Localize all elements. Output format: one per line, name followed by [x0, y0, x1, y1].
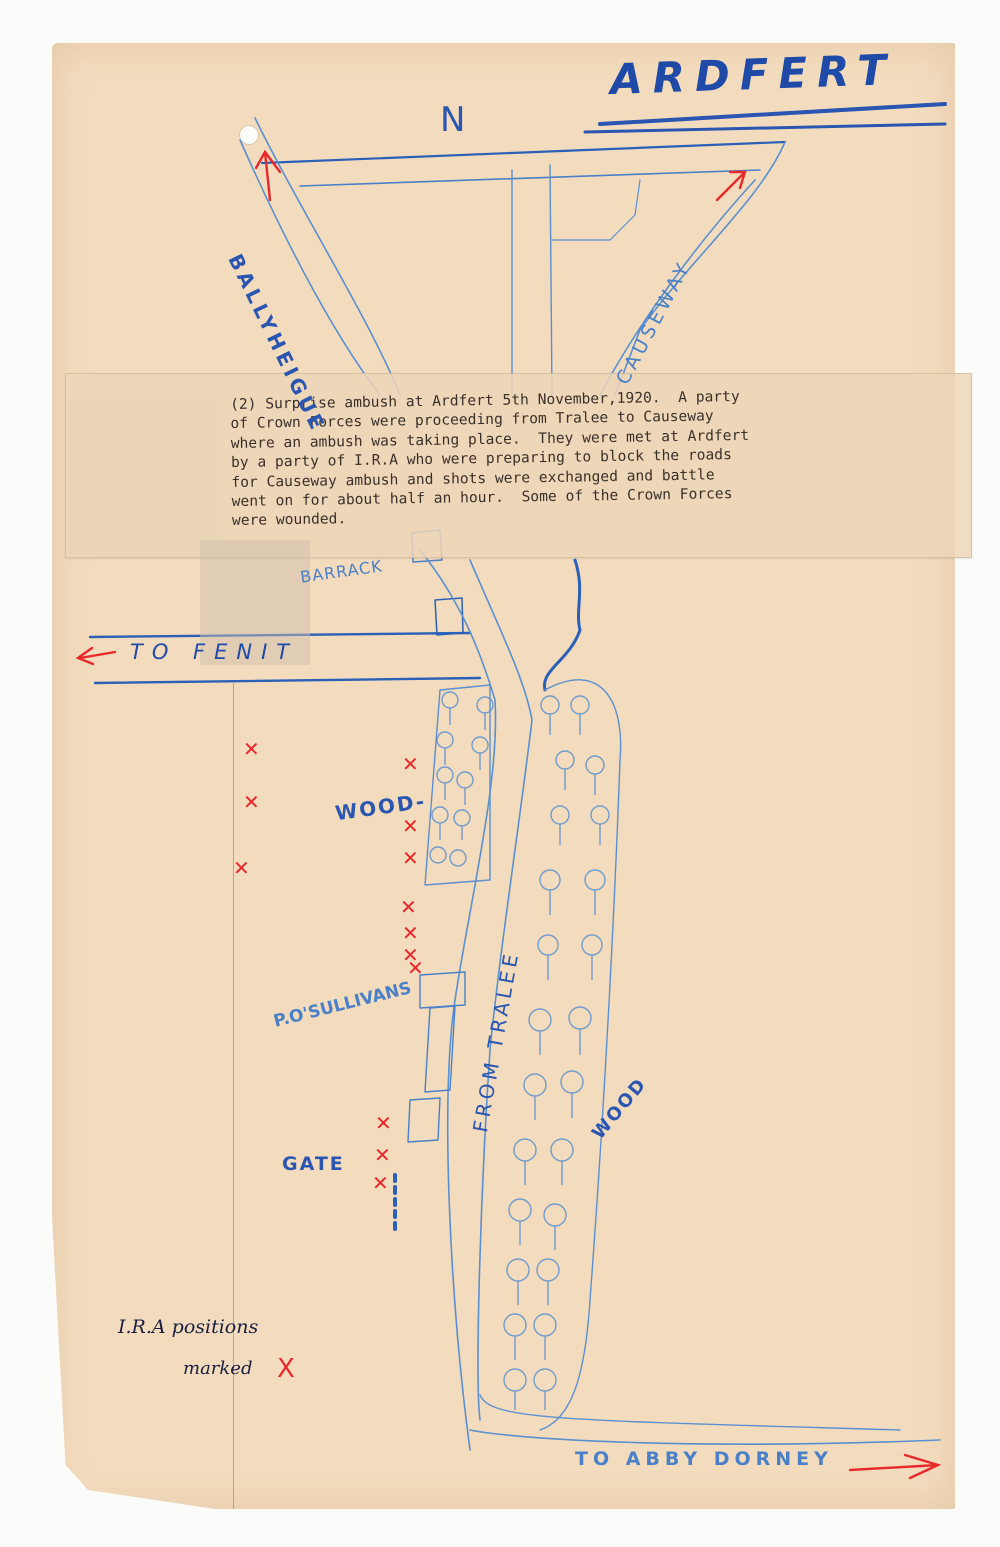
title-underline: [600, 104, 945, 124]
arrow-left-icon: [78, 648, 115, 664]
ira-position-marker: ✕: [402, 923, 419, 943]
ira-position-marker: ✕: [402, 816, 419, 836]
lane: [544, 560, 580, 690]
legend-line-2: marked: [183, 1358, 253, 1379]
hand-drawn-map: [0, 0, 1000, 1547]
label-gate: GATE: [282, 1153, 345, 1175]
label-to-fenit: TO FENIT: [130, 640, 298, 664]
ira-position-marker: ✕: [372, 1173, 389, 1193]
red-arrows: [78, 152, 938, 1478]
legend-line-1: I.R.A positions: [118, 1316, 258, 1338]
ballyheigue-road: [240, 140, 380, 395]
ira-position-marker: ✕: [402, 848, 419, 868]
label-to-abbeydorney: TO ABBY DORNEY: [575, 1448, 833, 1470]
top-road: [262, 142, 785, 163]
ira-position-marker: ✕: [407, 958, 424, 978]
ira-position-marker: ✕: [400, 897, 417, 917]
ira-position-marker: ✕: [375, 1113, 392, 1133]
arrow-right-icon: [850, 1455, 938, 1478]
ira-position-marker: ✕: [402, 754, 419, 774]
tree-icons: [430, 692, 609, 1410]
abbeydorney-road: [470, 1430, 940, 1444]
map-title: ARDFERT: [609, 45, 897, 104]
ira-position-marker: ✕: [233, 858, 250, 878]
ira-position-marker: ✕: [243, 792, 260, 812]
ira-position-marker: ✕: [374, 1145, 391, 1165]
legend-symbol: X: [277, 1354, 295, 1384]
legend-x-symbol: X: [277, 1356, 295, 1382]
tree-icon: [442, 692, 458, 725]
ira-position-marker: ✕: [243, 739, 260, 759]
north-marker: N: [440, 100, 469, 140]
osullivans-buildings: [408, 972, 465, 1142]
typed-annotation: (2) Surprise ambush at Ardfert 5th Novem…: [230, 384, 922, 531]
